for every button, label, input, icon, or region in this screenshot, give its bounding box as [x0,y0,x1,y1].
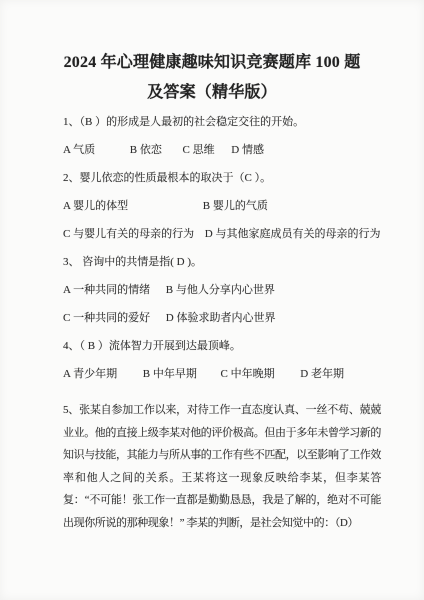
question-1-option-d: D 情感 [231,136,264,164]
question-2-option-b: B 婴儿的气质 [203,192,268,220]
page-title-line2: 及答案（精华版） [40,78,384,108]
question-2-options-row2: C 与婴儿有关的母亲的行为 D 与其他家庭成员有关的母亲的行为 [63,220,383,248]
question-4-option-c: C 中年晚期 [221,360,298,388]
question-4-options: A 青少年期 B 中年早期 C 中年晚期 D 老年期 [63,360,383,388]
question-4-option-d: D 老年期 [300,360,344,388]
question-3-option-c: C 一种共同的爱好 [63,304,163,332]
question-1-text: 1、（B ）的形成是人最初的社会稳定交往的开始。 [63,108,383,136]
document-page: 2024 年心理健康趣味知识竞赛题库 100 题 及答案（精华版） 1、（B ）… [0,0,424,600]
page-title-line1: 2024 年心理健康趣味知识竞赛题库 100 题 [40,48,384,78]
question-2-text: 2、婴儿依恋的性质最根本的取决于（C ）。 [63,164,383,192]
question-5-text: 5、张某自参加工作以来，对待工作一直态度认真、一丝不苟、兢兢业业。他的直接上级李… [63,399,381,534]
question-3-option-a: A 一种共同的情绪 [63,276,163,304]
question-4-option-b: B 中年早期 [143,360,218,388]
question-3-options-row1: A 一种共同的情绪 B 与他人分享内心世界 [63,276,383,304]
question-3-text: 3、 咨询中的共情是指( D )。 [63,248,383,276]
question-3-option-b: B 与他人分享内心世界 [166,276,275,304]
question-3-option-d: D 体验求助者内心世界 [166,304,276,332]
question-1-option-c: C 思维 [183,136,229,164]
question-1-option-b: B 依恋 [130,136,180,164]
question-2-options-row1: A 婴儿的体型 B 婴儿的气质 [63,192,383,220]
question-2-option-c: C 与婴儿有关的母亲的行为 [63,220,202,248]
question-4-option-a: A 青少年期 [63,360,140,388]
question-2-option-a: A 婴儿的体型 [63,192,200,220]
question-2-option-d: D 与其他家庭成员有关的母亲的行为 [205,220,381,248]
page-title: 2024 年心理健康趣味知识竞赛题库 100 题 及答案（精华版） [40,48,384,108]
question-4-text: 4、（ B ）流体智力开展到达最顶峰。 [63,332,383,360]
question-1-options: A 气质 B 依恋 C 思维 D 情感 [63,136,383,164]
question-1-option-a: A 气质 [63,136,127,164]
question-3-options-row2: C 一种共同的爱好 D 体验求助者内心世界 [63,304,383,332]
